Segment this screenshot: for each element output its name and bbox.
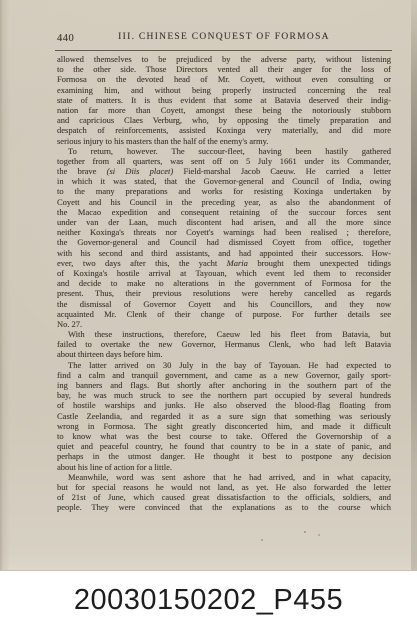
text-line: neither Koxinga's threats nor Coyett's w… <box>57 227 391 237</box>
text-line: the Governor-general and Council had dis… <box>57 237 391 247</box>
text-line: ing banners and flags. But shortly after… <box>57 380 391 390</box>
text-line: present. Thus, their previous resolution… <box>57 288 391 298</box>
running-title: III. CHINESE CONQUEST OF FORMOSA <box>57 32 391 42</box>
text-line: together from all quarters, was sent off… <box>57 156 391 166</box>
text-line: With these instructions, therefore, Caeu… <box>57 329 391 339</box>
page-edge-shadow <box>411 0 417 570</box>
page-header: 440 III. CHINESE CONQUEST OF FORMOSA <box>57 32 391 47</box>
text-line: of hostile warships and junks. He also o… <box>57 400 391 410</box>
text-line: Meanwhile, word was sent ashore that he … <box>57 472 391 482</box>
text-line: To return, however. The succour-fleet, h… <box>57 146 391 156</box>
text-line: about his line of action for a little. <box>57 462 391 472</box>
text-line: Castle Zeelandia, and regarded it as a s… <box>57 411 391 421</box>
header-rule <box>55 50 392 51</box>
italic-text: Maria <box>227 258 248 268</box>
text-line: examining him, and without being properl… <box>57 85 391 95</box>
text-line: to know what was the best course to take… <box>57 431 391 441</box>
text-line: people. They were convinced that the exp… <box>57 502 391 512</box>
text-line: quiet and peaceful country, he found tha… <box>57 441 391 451</box>
text-line: ever, two days after this, the yacht Mar… <box>57 258 391 268</box>
text-line: to the other side. Those Directors vente… <box>57 64 391 74</box>
text-line: the brave (si Diis placet) Field-marshal… <box>57 166 391 176</box>
text-line: despatch of reinforcements, assisted Kox… <box>57 125 391 135</box>
text-line: acquainted Mr. Clenk of their change of … <box>57 309 391 319</box>
text-line: nation far more than Coyett, amongst the… <box>57 105 391 115</box>
text-line: of Koxinga's hostile arrival at Tayouan,… <box>57 268 391 278</box>
scanned-page: 440 III. CHINESE CONQUEST OF FORMOSA all… <box>0 0 417 571</box>
text-line: to the many preparations and works for r… <box>57 186 391 196</box>
text-line: of 21st of June, which caused great diss… <box>57 492 391 502</box>
text-line: Formosa on the devoted head of Mr. Coyet… <box>57 74 391 84</box>
paper-speck <box>304 531 306 533</box>
text-line: Coyett and his Council in the preceding … <box>57 197 391 207</box>
text-line: under van der Laan, much discontent had … <box>57 217 391 227</box>
text-line: but for special reasons he would not lan… <box>57 482 391 492</box>
paper-speck <box>318 534 320 536</box>
text-line: find a calm and tranquil government, and… <box>57 370 391 380</box>
text-line: bay, he was much struck to see the north… <box>57 390 391 400</box>
text-line: state of matters. It is thus evident tha… <box>57 95 391 105</box>
page-text: allowed themselves to be prejudiced by t… <box>57 54 391 512</box>
text-line: No. 27. <box>57 319 391 329</box>
text-line: in which it was stated, that the Governo… <box>57 176 391 186</box>
scan-id-label: 20030150202_P455 <box>0 585 417 617</box>
text-line: perhaps in the utmost danger. He thought… <box>57 451 391 461</box>
text-line: with his second and third assistants, an… <box>57 248 391 258</box>
text-line: and decide to make no alterations in the… <box>57 278 391 288</box>
text-line: serious injury to his masters than the h… <box>57 136 391 146</box>
text-line: wrong in Formosa. The sight greatly disc… <box>57 421 391 431</box>
text-line: the Macao expedition and consequent reta… <box>57 207 391 217</box>
paper-speck <box>261 539 263 541</box>
text-line: failed to overtake the new Governor, Her… <box>57 339 391 349</box>
text-line: the dismissal of Governor Coyett and his… <box>57 299 391 309</box>
text-line: and capricious Claes Verburg, who, by op… <box>57 115 391 125</box>
italic-text: (si Diis placet) <box>107 166 174 176</box>
text-line: The latter arrived on 30 July in the bay… <box>57 360 391 370</box>
text-line: about thirteen days before him. <box>57 349 391 359</box>
text-line: allowed themselves to be prejudiced by t… <box>57 54 391 64</box>
